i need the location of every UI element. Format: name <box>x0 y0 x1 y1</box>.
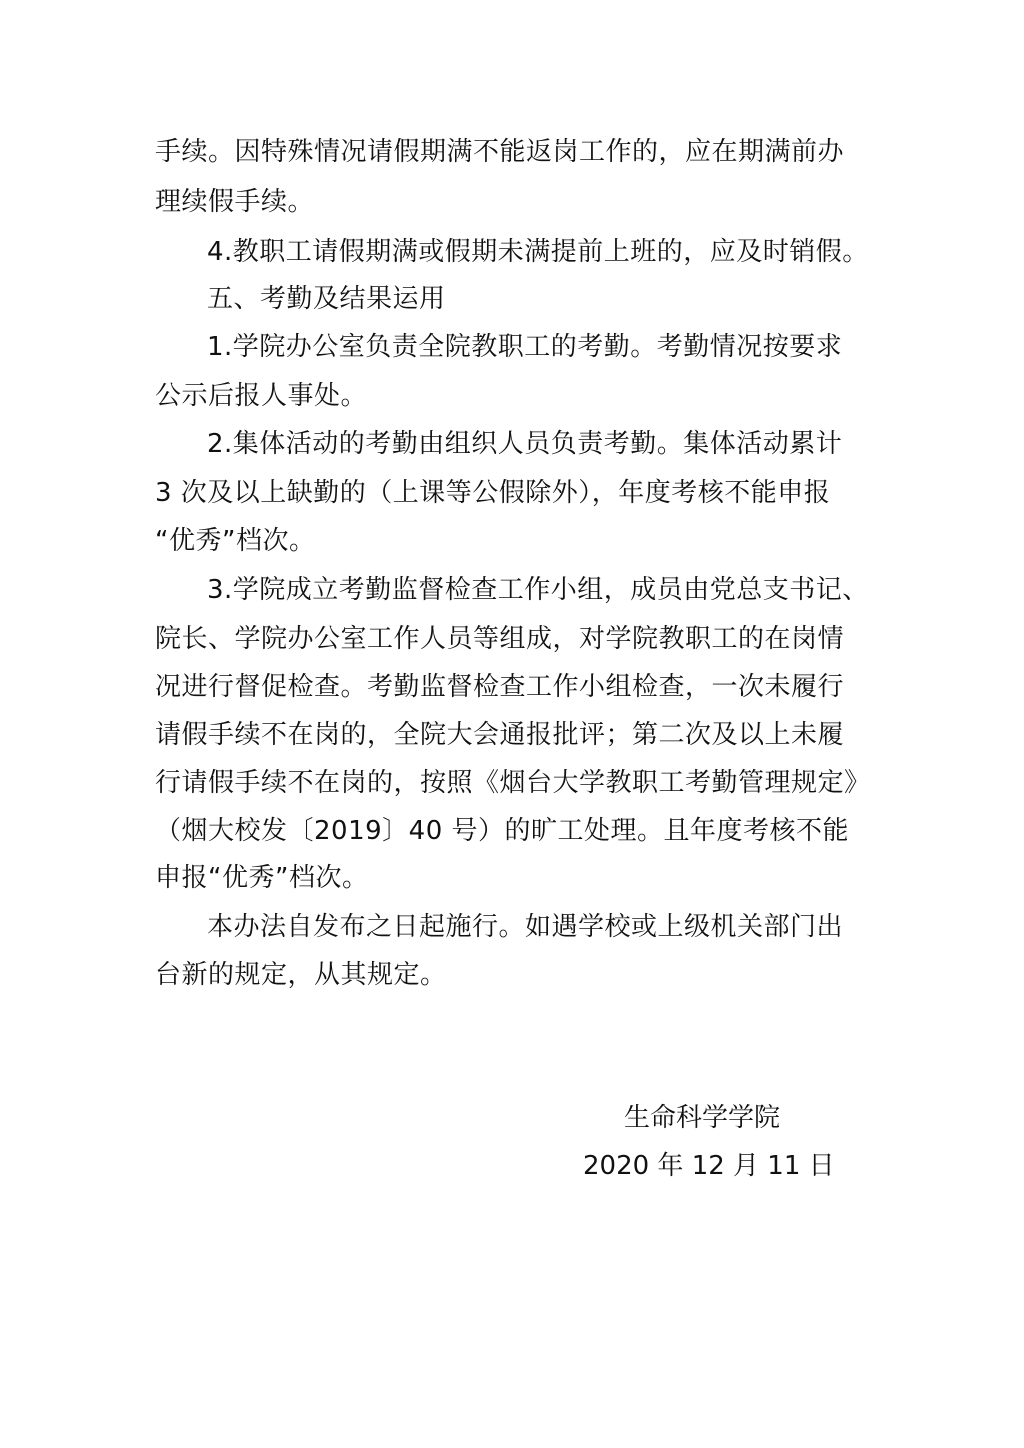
body-line: 请假手续不在岗的，全院大会通报批评；第二次及以上未履 <box>155 719 870 751</box>
body-line: 况进行督促检查。考勤监督检查工作小组检查，一次未履行 <box>155 671 870 703</box>
body-line: “优秀”档次。 <box>155 525 870 557</box>
body-line: 院长、学院办公室工作人员等组成，对学院教职工的在岗情 <box>155 623 870 655</box>
signature-date: 2020 年 12 月 11 日 <box>583 1150 835 1182</box>
body-line: 本办法自发布之日起施行。如遇学校或上级机关部门出 <box>207 911 872 943</box>
body-line: 行请假手续不在岗的，按照《烟台大学教职工考勤管理规定》 <box>155 767 870 799</box>
body-line: 理续假手续。 <box>155 186 870 218</box>
body-line: 4.教职工请假期满或假期未满提前上班的，应及时销假。 <box>207 236 872 268</box>
body-line: 3.学院成立考勤监督检查工作小组，成员由党总支书记、 <box>207 574 872 606</box>
body-line: 2.集体活动的考勤由组织人员负责考勤。集体活动累计 <box>207 428 872 460</box>
body-line: 公示后报人事处。 <box>155 380 870 412</box>
body-line: 1.学院办公室负责全院教职工的考勤。考勤情况按要求 <box>207 331 872 363</box>
body-line: 3 次及以上缺勤的（上课等公假除外），年度考核不能申报 <box>155 477 870 509</box>
body-line: （烟大校发〔2019〕40 号）的旷工处理。且年度考核不能 <box>155 815 870 847</box>
document-page: 手续。因特殊情况请假期满不能返岗工作的，应在期满前办 理续假手续。 4.教职工请… <box>0 0 1024 1448</box>
body-line: 台新的规定，从其规定。 <box>155 959 870 991</box>
body-line: 申报“优秀”档次。 <box>155 862 870 894</box>
section-heading: 五、考勤及结果运用 <box>207 283 872 315</box>
body-line: 手续。因特殊情况请假期满不能返岗工作的，应在期满前办 <box>155 136 870 168</box>
signature-organization: 生命科学学院 <box>624 1102 780 1134</box>
